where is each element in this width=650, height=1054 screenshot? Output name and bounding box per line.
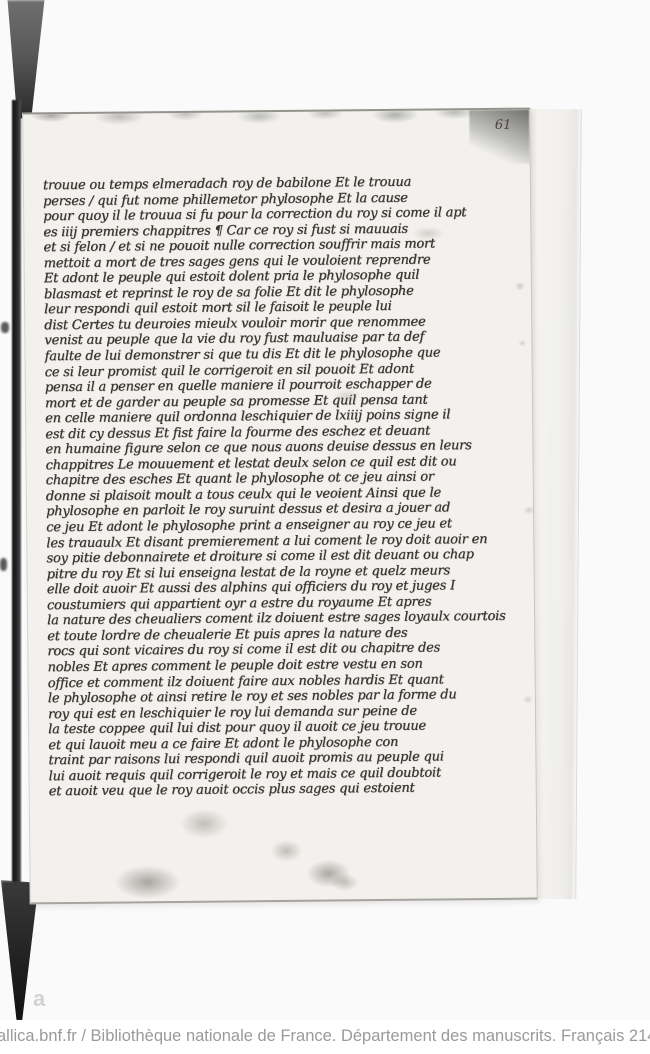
binding-shadow-top — [4, 0, 48, 122]
caption-text: allica.bnf.fr / Bibliothèque nationale d… — [0, 1020, 650, 1054]
stain — [515, 282, 525, 291]
top-edge-grime — [23, 110, 529, 139]
scan-viewport: 61 trouue ou temps elmeradach roy de bab… — [0, 0, 650, 1054]
edge-mark — [0, 558, 7, 571]
manuscript-page: 61 trouue ou temps elmeradach roy de bab… — [22, 108, 538, 905]
stain — [518, 340, 526, 347]
folio-number: 61 — [495, 118, 512, 133]
stain — [270, 840, 302, 862]
gallica-watermark-a: a — [33, 986, 45, 1012]
stain — [331, 873, 359, 891]
edge-mark — [1, 322, 9, 333]
manuscript-text: trouue ou temps elmeradach roy de babilo… — [43, 174, 515, 806]
stain — [180, 809, 228, 839]
stain — [523, 696, 533, 704]
caption-bar: allica.bnf.fr / Bibliothèque nationale d… — [0, 1020, 650, 1054]
manuscript-line: et auoit veu que le roy auoit occis plus… — [49, 780, 515, 800]
gutter-shadow — [12, 100, 21, 910]
stain — [114, 865, 180, 900]
stain — [523, 506, 535, 515]
